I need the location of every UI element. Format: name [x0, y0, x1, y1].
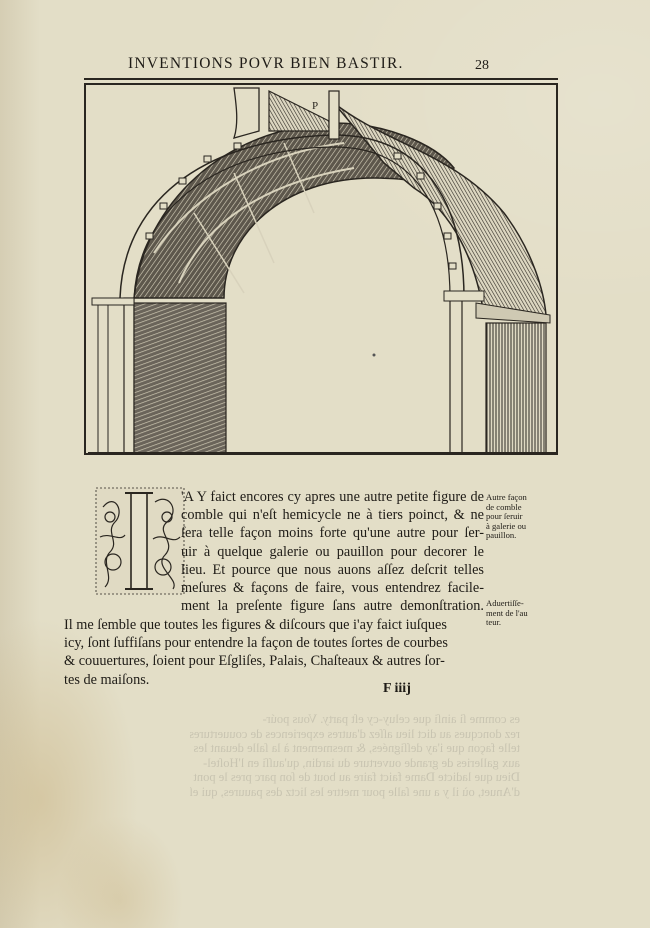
show-through-line: aux galleries de grande ouverture du iar… [190, 756, 520, 771]
historiated-drop-cap-i: I [95, 487, 185, 595]
text-line: uir à quelque galerie ou pauillon pour d… [181, 543, 484, 561]
show-through-line: rez doncques au dict lieu aſſez d'autres… [190, 727, 520, 742]
svg-text:P: P [312, 100, 318, 112]
show-through-line: es comme ſi ainſi que celuy-cy eſt party… [190, 712, 520, 727]
woodcut-figure: P [84, 83, 558, 461]
margin-note-autre-facon: Autre façon de comble pour ſeruir à gale… [486, 493, 546, 541]
signature-mark: F iiij [383, 681, 411, 697]
text-line: Il me ſemble que toutes les figures & di… [64, 616, 484, 634]
show-through-line: d'Anuet, où il y a une ſalle pour mettre… [190, 785, 520, 800]
text-line: ment la preſente figure ſans autre demon… [181, 597, 484, 615]
paragraph-1: 'A Y faict encores cy apres une autre pe… [181, 488, 484, 615]
text-line: icy, ſont ſuffiſans pour entendre la faç… [64, 634, 484, 652]
page-number: 28 [475, 58, 489, 74]
text-line: tes de maiſons. [64, 671, 484, 689]
show-through-line: Dieu que ladicte Dame faict faire au bou… [190, 770, 520, 785]
paragraph-2: Il me ſemble que toutes les figures & di… [64, 616, 484, 689]
text-line: lieu. Et pource que nous auons aſſez deſ… [181, 561, 484, 579]
margin-note-line: teur. [486, 618, 546, 628]
margin-note-line: pauillon. [486, 531, 546, 541]
text-line: meſures & façons de faire, vous entendre… [181, 579, 484, 597]
running-head: INVENTIONS POVR BIEN BASTIR. [128, 55, 404, 73]
header-rule [84, 78, 558, 80]
text-line: & couuertures, ſoient pour Eſgliſes, Pal… [64, 652, 484, 670]
show-through-text: es comme ſi ainſi que celuy-cy eſt party… [190, 712, 520, 799]
text-line: 'A Y faict encores cy apres une autre pe… [181, 488, 484, 506]
show-through-line: telle façon que i'ay deſſignées, & mesme… [190, 741, 520, 756]
margin-note-aduertissement: Aduertiſſe- ment de l'au teur. [486, 599, 546, 628]
text-line: ſera telle façon moins forte qu'une autr… [181, 524, 484, 542]
text-line: comble qui n'eſt hemicycle ne à tiers po… [181, 506, 484, 524]
